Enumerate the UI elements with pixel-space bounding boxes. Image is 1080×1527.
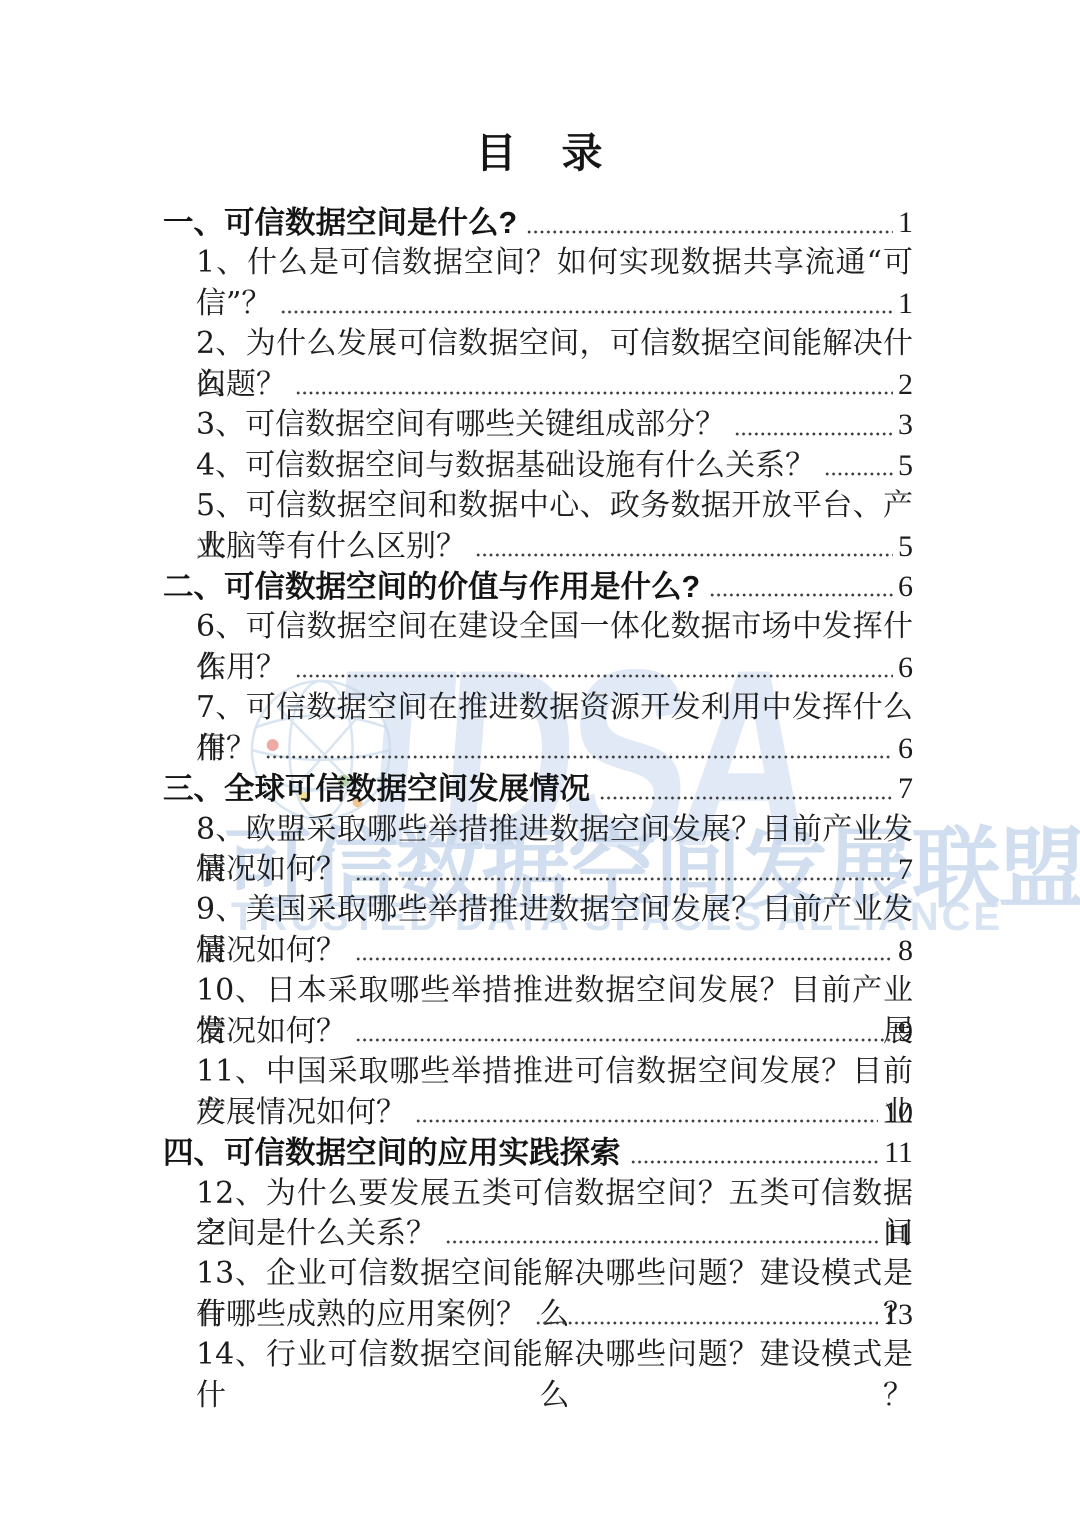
dot-leader	[295, 365, 893, 405]
toc-entry-text: 三、全球可信数据空间发展情况	[163, 769, 590, 809]
toc-item-row: 2、为什么发展可信数据空间，可信数据空间能解决什么	[163, 324, 913, 364]
toc-entry-text: 情况如何？	[196, 931, 346, 971]
dot-leader	[415, 1093, 878, 1133]
toc-entry-text: 1、什么是可信数据空间？如何实现数据共享流通“可	[196, 245, 913, 280]
page-number: 10	[883, 1093, 913, 1133]
dot-leader	[475, 527, 893, 567]
page-number: 5	[898, 446, 913, 486]
toc-item-row: 12、为什么要发展五类可信数据空间？五类可信数据空间	[163, 1174, 913, 1214]
page-number: 6	[898, 729, 913, 769]
toc-entry-text: 大脑等有什么区别？	[196, 527, 466, 567]
toc-section-row: 三、全球可信数据空间发展情况7	[163, 769, 913, 809]
page-number: 6	[898, 567, 913, 607]
toc-item-row: 情况如何？7	[163, 850, 913, 890]
dot-leader	[709, 567, 893, 607]
dot-leader	[445, 1214, 879, 1254]
toc-entry-text: 二、可信数据空间的价值与作用是什么?	[163, 567, 700, 607]
page-number: 6	[898, 648, 913, 688]
dot-leader	[526, 203, 893, 243]
toc-item-row: 8、欧盟采取哪些举措推进数据空间发展？目前产业发展	[163, 810, 913, 850]
page-number: 7	[898, 850, 913, 890]
dot-leader	[630, 1133, 880, 1173]
toc-item-row: 作用？6	[163, 648, 913, 688]
toc-entry-text: 信”？	[196, 284, 271, 324]
toc-item-row: 6、可信数据空间在建设全国一体化数据市场中发挥什么	[163, 607, 913, 647]
dot-leader	[599, 769, 893, 809]
toc-entry-text: 情况如何？	[196, 1012, 346, 1052]
toc-item-row: 13、企业可信数据空间能解决哪些问题？建设模式是什么？	[163, 1254, 913, 1294]
toc-entry-text: 之间是什么关系？	[196, 1214, 436, 1254]
toc-item-row: 14、行业可信数据空间能解决哪些问题？建设模式是什么？	[163, 1335, 913, 1375]
document-page: TDSA 可信数据空间发展联盟 TRUSTED DATA SPACES ALLI…	[0, 0, 1080, 1527]
page-number: 3	[898, 405, 913, 445]
page-title: 目 录	[0, 128, 1080, 178]
toc-item-row: 信”？1	[163, 284, 913, 324]
toc-item-row: 有哪些成熟的应用案例？13	[163, 1295, 913, 1335]
page-number: 11	[884, 1133, 913, 1173]
page-number: 1	[898, 284, 913, 324]
page-number: 8	[898, 931, 913, 971]
toc-entry-text: 四、可信数据空间的应用实践探索	[163, 1133, 621, 1173]
page-number: 9	[898, 1012, 913, 1052]
toc-item-row: 9、美国采取哪些举措推进数据空间发展？目前产业发展	[163, 890, 913, 930]
dot-leader	[355, 931, 893, 971]
toc-section-row: 四、可信数据空间的应用实践探索11	[163, 1133, 913, 1173]
page-number: 13	[883, 1295, 913, 1335]
toc-entry-text: 3、可信数据空间有哪些关键组成部分？	[196, 405, 725, 445]
toc-entry-text: 14、行业可信数据空间能解决哪些问题？建设模式是什么？	[196, 1337, 913, 1412]
toc-item-row: 之间是什么关系？11	[163, 1214, 913, 1254]
page-number: 5	[898, 527, 913, 567]
toc-section-row: 二、可信数据空间的价值与作用是什么?6	[163, 567, 913, 607]
toc-entry-text: 问题？	[196, 365, 286, 405]
toc-section-row: 一、可信数据空间是什么?1	[163, 203, 913, 243]
toc-entry-text: 有哪些成熟的应用案例？	[196, 1295, 526, 1335]
toc-item-row: 10、日本采取哪些举措推进数据空间发展？目前产业发展	[163, 971, 913, 1011]
toc-item-row: 11、中国采取哪些举措推进可信数据空间发展？目前产业	[163, 1052, 913, 1092]
page-number: 2	[898, 365, 913, 405]
toc-entry-text: 发展情况如何？	[196, 1093, 406, 1133]
dot-leader	[280, 284, 893, 324]
toc-entry-text: 情况如何？	[196, 850, 346, 890]
toc-entry-text: 4、可信数据空间与数据基础设施有什么关系？	[196, 446, 815, 486]
toc: 一、可信数据空间是什么?11、什么是可信数据空间？如何实现数据共享流通“可信”？…	[163, 203, 913, 1376]
page-number: 11	[884, 1214, 913, 1254]
page-number: 7	[898, 769, 913, 809]
dot-leader	[355, 850, 893, 890]
toc-item-row: 7、可信数据空间在推进数据资源开发利用中发挥什么作	[163, 688, 913, 728]
toc-item-row: 3、可信数据空间有哪些关键组成部分？3	[163, 405, 913, 445]
toc-entry-text: 一、可信数据空间是什么?	[163, 203, 517, 243]
dot-leader	[824, 446, 893, 486]
toc-item-row: 1、什么是可信数据空间？如何实现数据共享流通“可	[163, 243, 913, 283]
toc-entry-text: 用？	[196, 729, 256, 769]
toc-entry-text: 作用？	[196, 648, 286, 688]
toc-item-row: 情况如何？8	[163, 931, 913, 971]
toc-item-row: 问题？2	[163, 365, 913, 405]
toc-item-row: 5、可信数据空间和数据中心、政务数据开放平台、产业	[163, 486, 913, 526]
dot-leader	[734, 405, 893, 445]
toc-item-row: 用？6	[163, 729, 913, 769]
page-number: 1	[898, 203, 913, 243]
toc-item-row: 4、可信数据空间与数据基础设施有什么关系？5	[163, 446, 913, 486]
toc-item-row: 情况如何？9	[163, 1012, 913, 1052]
dot-leader	[265, 729, 893, 769]
dot-leader	[535, 1295, 878, 1335]
toc-item-row: 发展情况如何？10	[163, 1093, 913, 1133]
toc-item-row: 大脑等有什么区别？5	[163, 527, 913, 567]
dot-leader	[295, 648, 893, 688]
dot-leader	[355, 1012, 893, 1052]
